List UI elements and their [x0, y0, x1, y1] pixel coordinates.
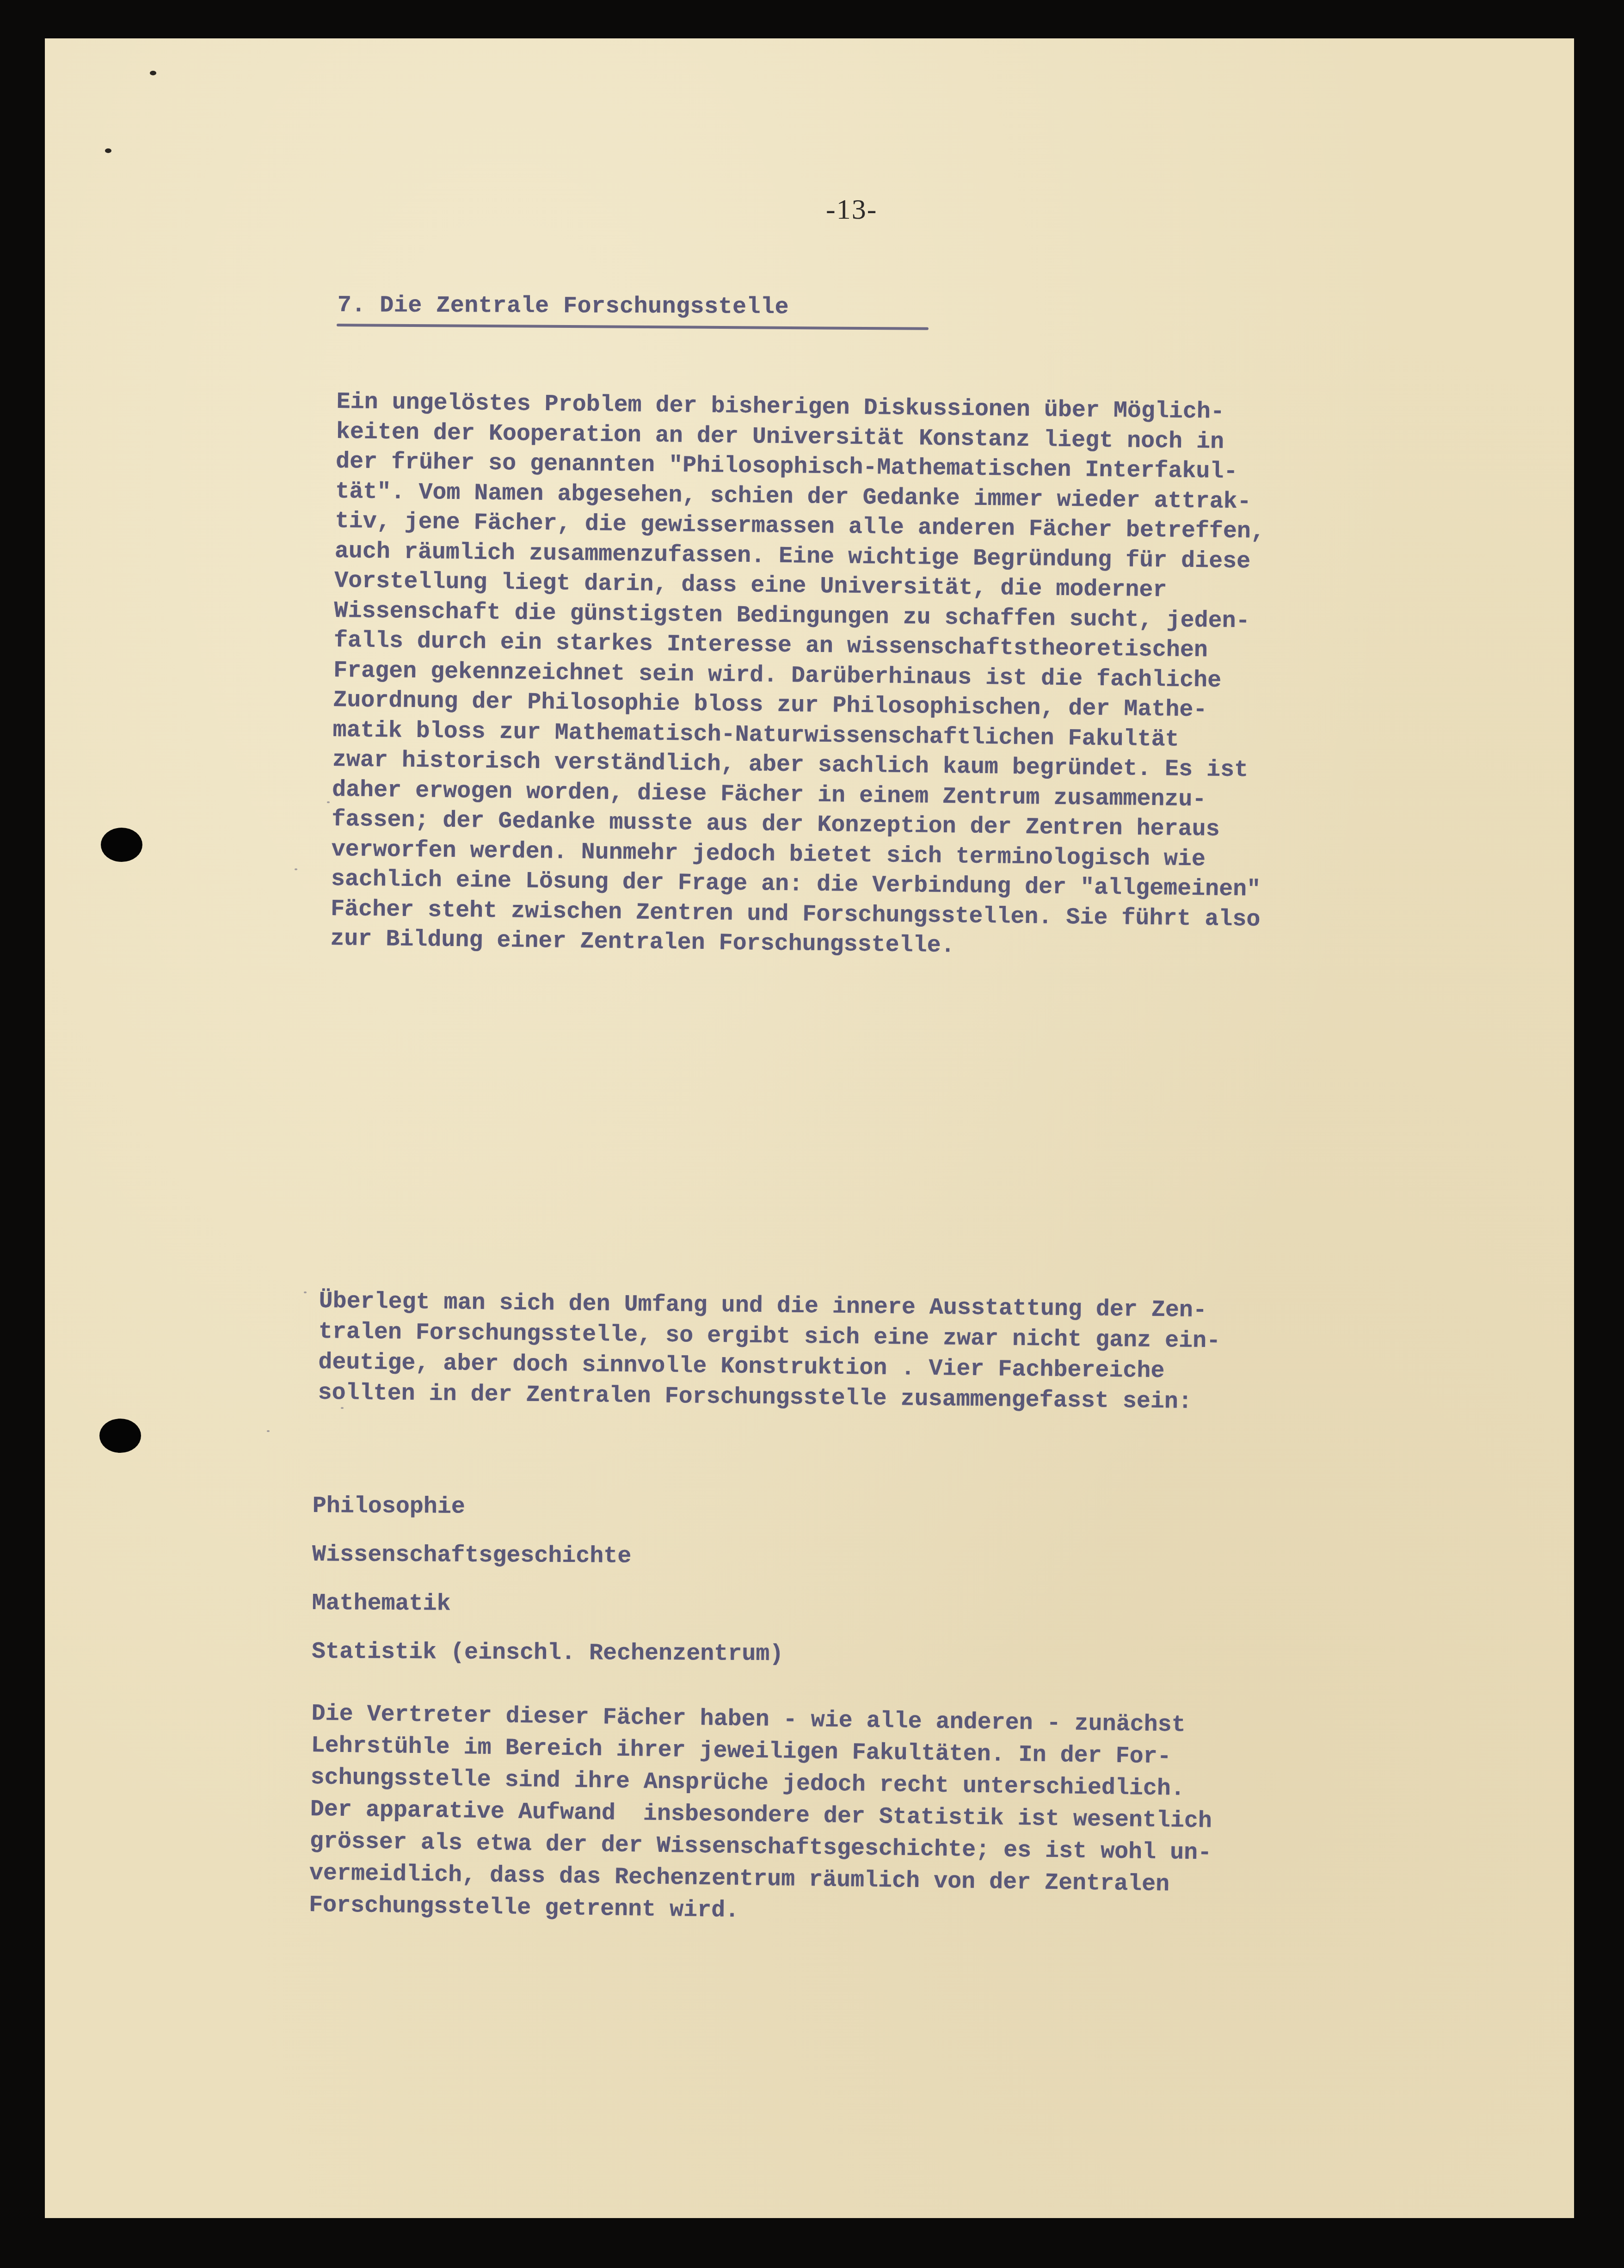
- ink-speck: [295, 868, 297, 870]
- page-number: -13-: [826, 193, 877, 226]
- paragraph-2: Überlegt man sich den Umfang und die inn…: [318, 1286, 1221, 1418]
- list-item: Philosophie: [312, 1482, 784, 1533]
- punch-hole: [101, 828, 142, 862]
- list-item: Wissenschaftsgeschichte: [312, 1530, 784, 1581]
- list-item: Mathematik: [312, 1579, 784, 1630]
- closing-paragraph: Die Vertreter dieser Fächer haben - wie …: [309, 1698, 1213, 1933]
- punch-hole: [99, 1419, 141, 1453]
- subject-list: Philosophie Wissenschaftsgeschichte Math…: [312, 1482, 784, 1678]
- staple-hole: [105, 148, 111, 153]
- paragraph-1: Ein ungelöstes Problem der bisherigen Di…: [330, 387, 1266, 965]
- ink-speck: [304, 1291, 307, 1293]
- list-item: Statistik (einschl. Rechenzentrum): [312, 1628, 784, 1678]
- ink-speck: [267, 1430, 270, 1432]
- section-heading: 7. Die Zentrale Forschungsstelle: [338, 292, 789, 320]
- staple-hole: [150, 71, 156, 75]
- ink-speck: [327, 801, 330, 803]
